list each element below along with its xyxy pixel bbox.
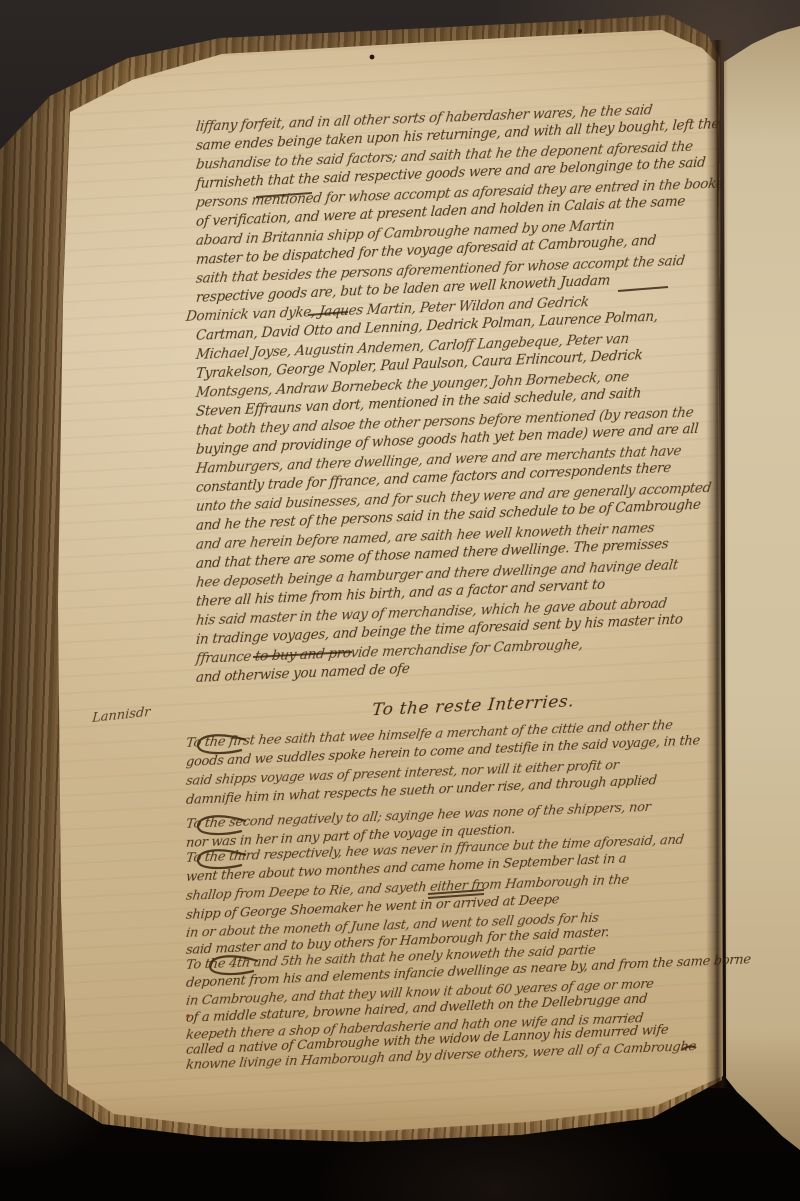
section-heading: To the reste Interries.: [371, 692, 575, 721]
photo-of-open-manuscript-book: liffany forfeit, and in all other sorts …: [0, 0, 800, 1201]
margin-annotation: Lannisdr: [92, 705, 151, 726]
handwritten-text-layer: liffany forfeit, and in all other sorts …: [0, 0, 800, 1201]
